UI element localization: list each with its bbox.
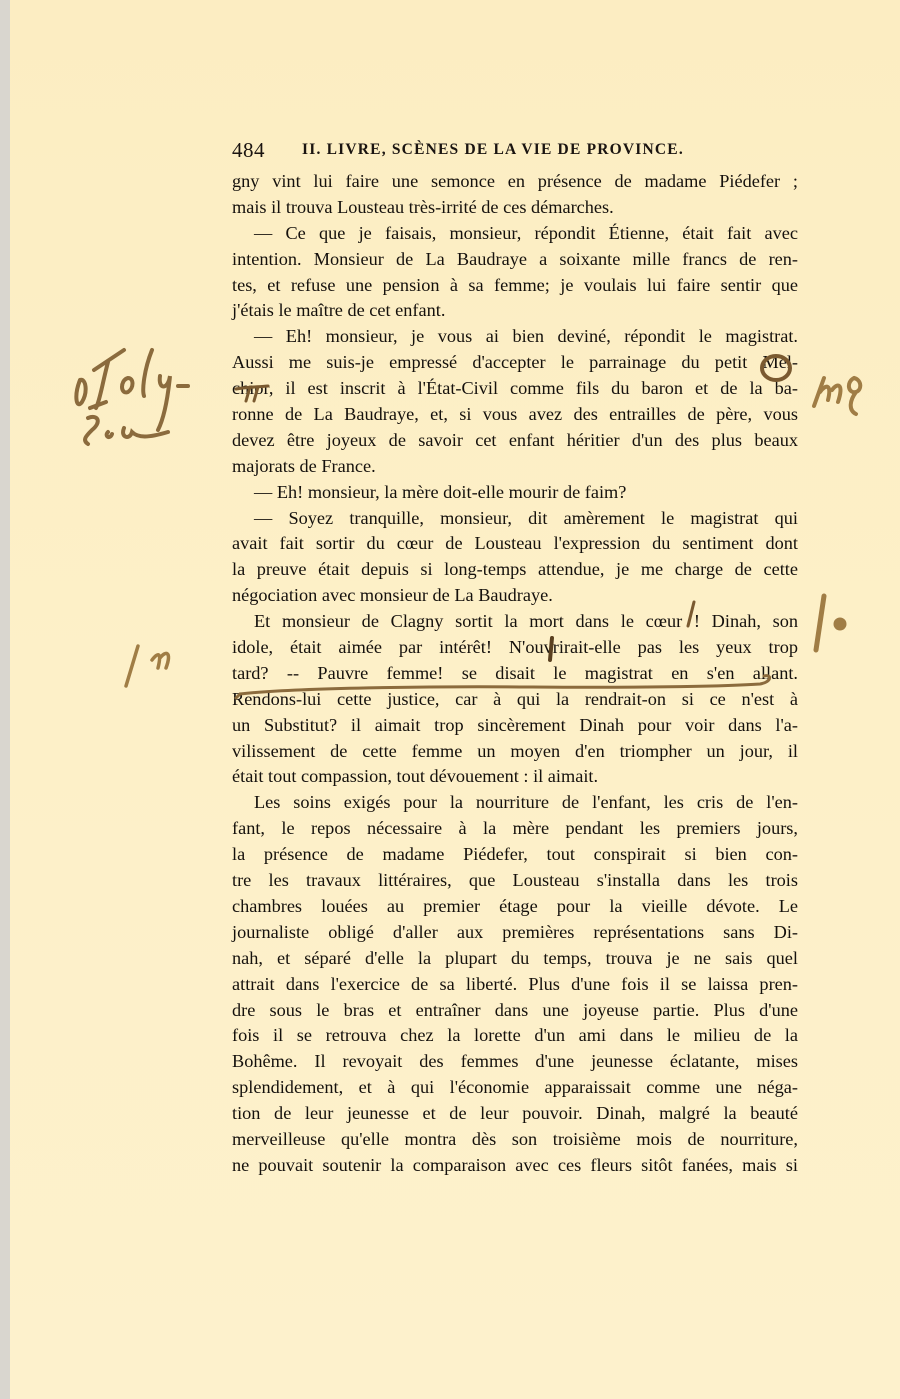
text-line: j'étais le maître de cet enfant. <box>232 298 798 324</box>
margin-annotation-right-top-icon <box>810 370 870 420</box>
text-line: tes, et refuse une pension à sa femme; j… <box>232 273 798 299</box>
paragraph-break-mark-icon <box>232 660 782 700</box>
page-number: 484 <box>232 138 265 163</box>
text-line: devez être joyeux de savoir cet enfant h… <box>232 428 798 454</box>
text-line: mais il trouva Lousteau très-irrité de c… <box>232 195 798 221</box>
margin-annotation-left-mid-icon <box>122 640 182 690</box>
insert-caret-mark-icon <box>684 600 698 630</box>
text-line: intention. Monsieur de La Baudraye a soi… <box>232 247 798 273</box>
text-line: tre les travaux littéraires, que Loustea… <box>232 868 798 894</box>
margin-annotation-right-mid-icon <box>810 590 850 660</box>
text-line: avait fait sortir du cœur de Lousteau l'… <box>232 531 798 557</box>
text-line: splendidement, et à qui l'économie appar… <box>232 1075 798 1101</box>
margin-annotation-left-top-icon <box>72 340 202 450</box>
text-line: vilissement de cette femme un moyen d'en… <box>232 739 798 765</box>
text-line: la preuve était depuis si long-temps att… <box>232 557 798 583</box>
text-line: ne pouvait soutenir la comparaison avec … <box>232 1153 798 1179</box>
running-head: II. LIVRE, SCÈNES DE LA VIE DE PROVINCE. <box>302 141 684 159</box>
text-line: fant, le repos nécessaire à la mère pend… <box>232 816 798 842</box>
text-line: gny vint lui faire une semonce en présen… <box>232 169 798 195</box>
text-line: Les soins exigés pour la nourriture de l… <box>232 790 798 816</box>
text-line: — Eh! monsieur, je vous ai bien deviné, … <box>232 324 798 350</box>
text-line: négociation avec monsieur de La Baudraye… <box>232 583 798 609</box>
text-line: un Substitut? il aimait trop sincèrement… <box>232 713 798 739</box>
text-line: — Soyez tranquille, monsieur, dit amèrem… <box>232 506 798 532</box>
text-line: attrait dans l'exercice de sa liberté. P… <box>232 972 798 998</box>
text-line: idole, était aimée par intérêt! N'ouvrir… <box>232 635 798 661</box>
text-line: ronne de La Baudraye, et, si vous avez d… <box>232 402 798 428</box>
text-line: dre sous le bras et entraîner dans une j… <box>232 998 798 1024</box>
book-page: 484 II. LIVRE, SCÈNES DE LA VIE DE PROVI… <box>10 0 900 1399</box>
text-line: chambres louées au premier étage pour la… <box>232 894 798 920</box>
text-line: Bohême. Il revoyait des femmes d'une jeu… <box>232 1049 798 1075</box>
strike-mark-icon <box>232 383 272 405</box>
text-line: fois il se retrouva chez la lorette d'un… <box>232 1023 798 1049</box>
text-line: — Eh! monsieur, la mère doit-elle mourir… <box>232 480 798 506</box>
text-line: chior, il est inscrit à l'État-Civil com… <box>232 376 798 402</box>
circle-mark-icon <box>756 352 796 386</box>
text-line: — Ce que je faisais, monsieur, répondit … <box>232 221 798 247</box>
text-line: Aussi me suis-je empressé d'accepter le … <box>232 350 798 376</box>
text-line: merveilleuse qu'elle montra dès son troi… <box>232 1127 798 1153</box>
text-line: majorats de France. <box>232 454 798 480</box>
text-line: journaliste obligé d'aller aux premières… <box>232 920 798 946</box>
text-line: nah, et séparé d'elle la plupart du temp… <box>232 946 798 972</box>
text-line: Et monsieur de Clagny sortit la mort dan… <box>232 609 798 635</box>
n-correction-mark-icon <box>544 636 558 664</box>
text-line: était tout compassion, tout dévouement :… <box>232 764 798 790</box>
page-header: 484 II. LIVRE, SCÈNES DE LA VIE DE PROVI… <box>232 138 798 162</box>
text-line: la présence de madame Piédefer, tout con… <box>232 842 798 868</box>
text-line: tion de leur jeunesse et de leur pouvoir… <box>232 1101 798 1127</box>
